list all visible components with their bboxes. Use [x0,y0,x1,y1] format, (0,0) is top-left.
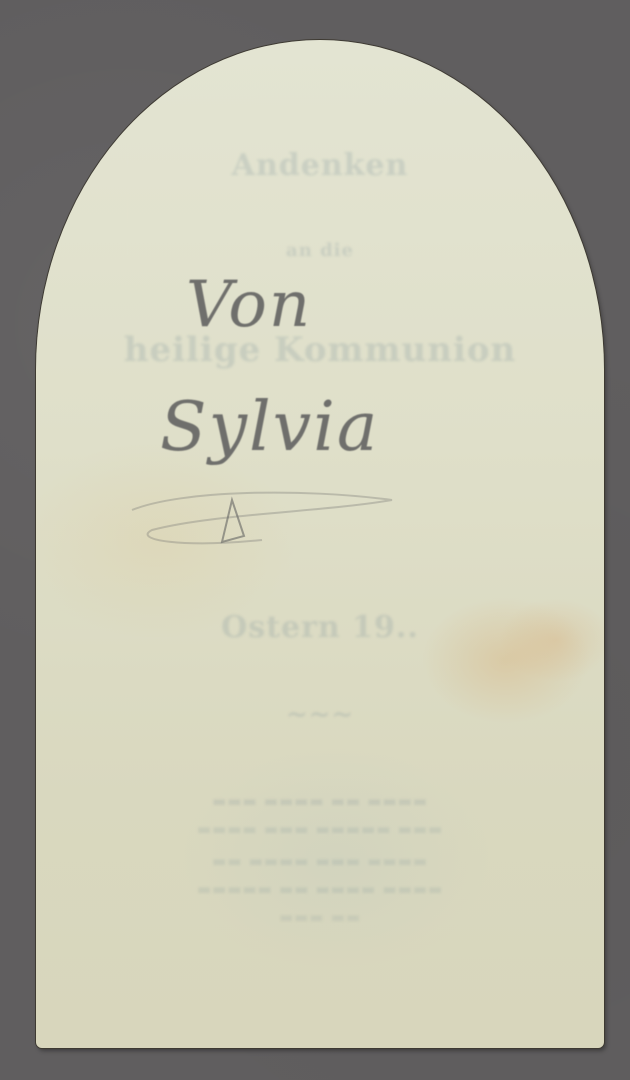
handwritten-sylvia: Sylvia [160,388,379,467]
arched-paper-card: Andenken an die heilige Kommunion Ostern… [36,40,604,1048]
show-through-ornament: ~~~ [36,700,604,730]
show-through-subline: an die [36,240,604,261]
show-through-verse-2: ▬▬▬▬ ▬▬▬ ▬▬▬▬▬ ▬▬▬ [36,820,604,838]
show-through-heading: Andenken [36,148,604,183]
show-through-verse-5: ▬▬▬ ▬▬ [36,908,604,926]
handwritten-von: Von [186,268,312,342]
show-through-verse-4: ▬▬▬▬▬ ▬▬ ▬▬▬▬ ▬▬▬▬ [36,880,604,898]
show-through-verse-3: ▬▬ ▬▬▬▬ ▬▬▬ ▬▬▬▬ [36,852,604,870]
show-through-title: heilige Kommunion [36,330,604,370]
show-through-date: Ostern 19.. [36,610,604,645]
show-through-verse-1: ▬▬▬ ▬▬▬▬ ▬▬ ▬▬▬▬ [36,792,604,810]
pencil-flourish [122,470,422,560]
